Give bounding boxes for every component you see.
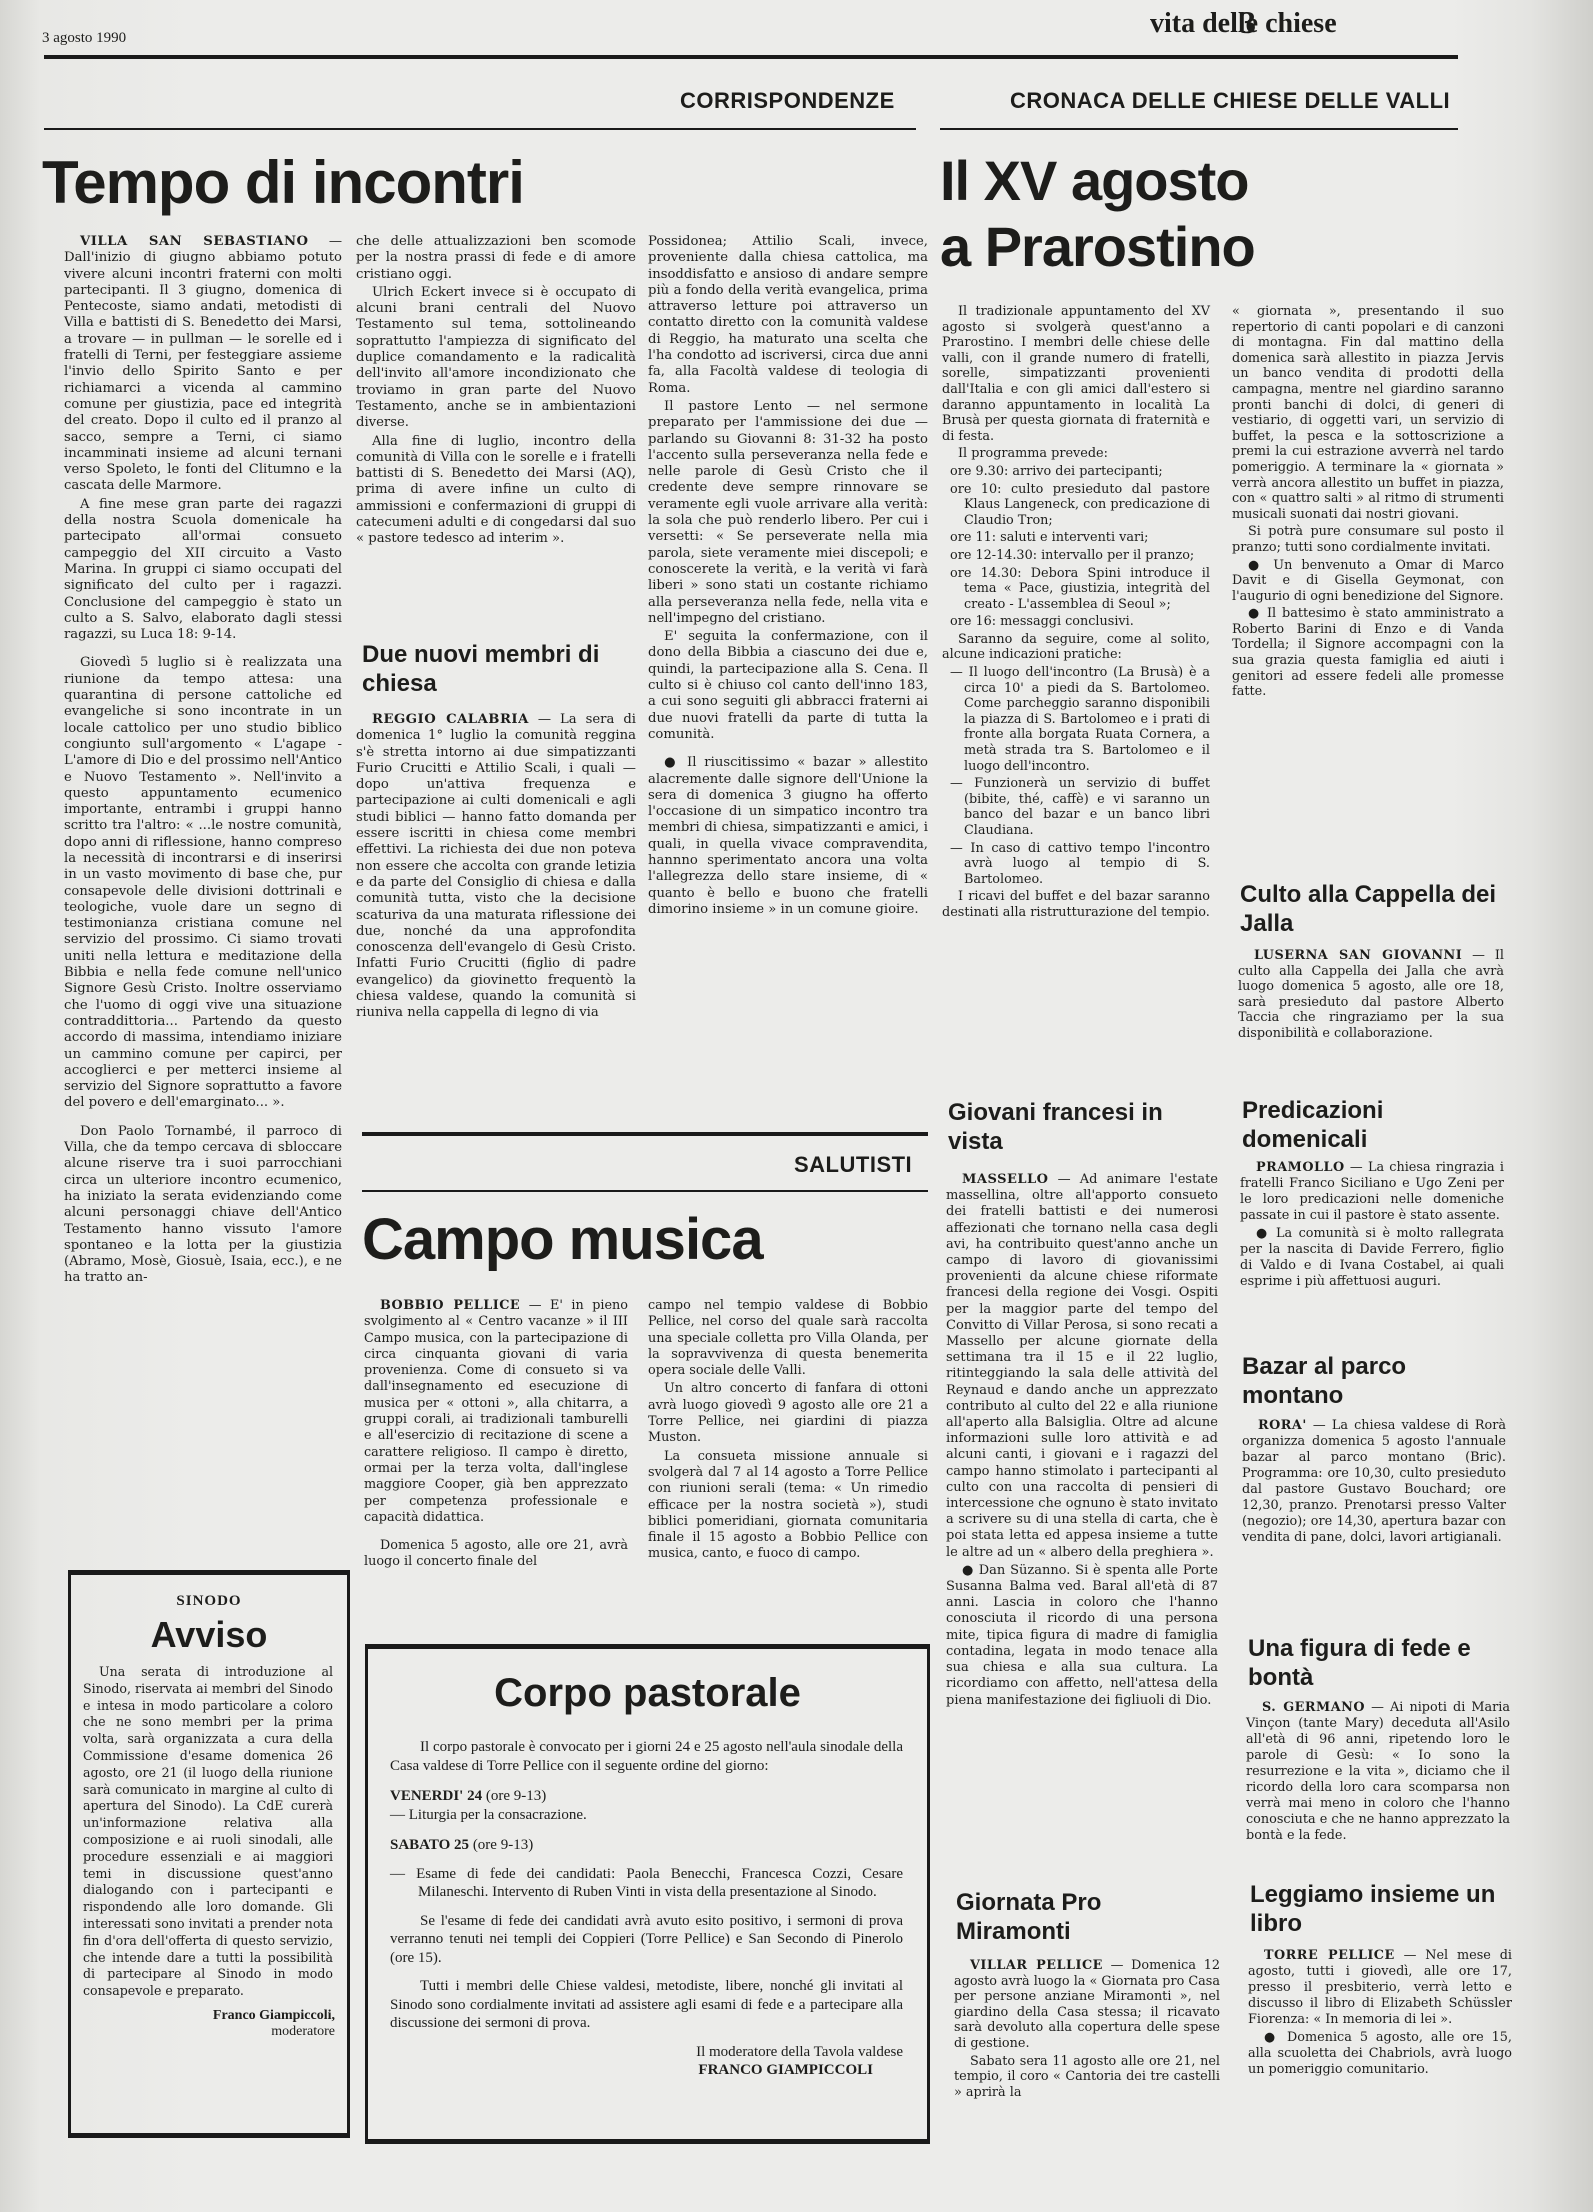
headline-predicazioni: Predicazioni domenicali bbox=[1242, 1096, 1502, 1155]
headline-tempo-di-incontri: Tempo di incontri bbox=[42, 150, 524, 216]
corpo-signature-role: Il moderatore della Tavola valdese bbox=[390, 2043, 903, 2062]
newspaper-page: 3 agosto 1990 vita delle chiese 3 CORRIS… bbox=[0, 0, 1593, 2212]
section-rule-right bbox=[940, 128, 1458, 130]
issue-date: 3 agosto 1990 bbox=[42, 30, 126, 47]
salutisti-rule-top bbox=[362, 1132, 928, 1136]
section-label-salutisti: SALUTISTI bbox=[794, 1152, 912, 1178]
article-bazar: RORA' — La chiesa valdese di Rorà organi… bbox=[1242, 1418, 1506, 1548]
article-campo-col1: BOBBIO PELLICE — E' in pieno svolgimento… bbox=[364, 1298, 628, 1573]
salutisti-rule-bottom bbox=[362, 1190, 928, 1192]
headline-giovani-francesi: Giovani francesi in vista bbox=[948, 1098, 1208, 1157]
article-xv-col2: « giornata », presentando il suo reperto… bbox=[1232, 304, 1504, 702]
corpo-title: Corpo pastorale bbox=[368, 1671, 927, 1716]
article-jalla: LUSERNA SAN GIOVANNI — Il culto alla Cap… bbox=[1238, 948, 1504, 1044]
avviso-signature-role: moderatore bbox=[71, 2024, 347, 2040]
corpo-pastorale-box: Corpo pastorale Il corpo pastorale è con… bbox=[365, 1644, 930, 2144]
article-due-nuovi-col2: Possidonea; Attilio Scali, invece, prove… bbox=[648, 234, 928, 920]
article-miramonti: VILLAR PELLICE — Domenica 12 agosto avrà… bbox=[954, 1958, 1220, 2102]
headline-miramonti: Giornata Pro Miramonti bbox=[956, 1888, 1196, 1947]
article-libro: TORRE PELLICE — Nel mese di agosto, tutt… bbox=[1248, 1948, 1512, 2080]
dateline: VILLA SAN SEBASTIANO bbox=[80, 234, 309, 249]
avviso-body: Una serata di introduzione al Sinodo, ri… bbox=[71, 1656, 347, 2000]
section-rule-left bbox=[44, 128, 916, 130]
corpo-body: Il corpo pastorale è convocato per i gio… bbox=[368, 1716, 927, 2080]
headline-culto-cappella: Culto alla Cappella dei Jalla bbox=[1240, 880, 1500, 939]
avviso-box: SINODO Avviso Una serata di introduzione… bbox=[68, 1570, 350, 2138]
section-label-corrispondenze: CORRISPONDENZE bbox=[680, 88, 895, 114]
headline-campo-musica: Campo musica bbox=[362, 1208, 763, 1272]
headline-una-figura: Una figura di fede e bontà bbox=[1248, 1634, 1508, 1693]
article-tempo-col1: VILLA SAN SEBASTIANO — Dall'inizio di gi… bbox=[64, 234, 342, 1289]
article-campo-col2: campo nel tempio valdese di Bobbio Pelli… bbox=[648, 1298, 928, 1565]
article-giovani: MASSELLO — Ad animare l'estate massellin… bbox=[946, 1172, 1218, 1711]
article-due-nuovi-col1: REGGIO CALABRIA — La sera di domenica 1°… bbox=[356, 712, 636, 1024]
article-tempo-col2: che delle attualizzazioni ben scomode pe… bbox=[356, 234, 636, 550]
avviso-signature-name: Franco Giampiccoli, bbox=[71, 2008, 347, 2024]
headline-bazar: Bazar al parco montano bbox=[1242, 1352, 1502, 1411]
article-figura: S. GERMANO — Ai nipoti di Maria Vinçon (… bbox=[1246, 1700, 1510, 1846]
headline-due-nuovi: Due nuovi membri di chiesa bbox=[362, 640, 622, 699]
headline-leggiamo: Leggiamo insieme un libro bbox=[1250, 1880, 1510, 1939]
avviso-title: Avviso bbox=[71, 1614, 347, 1656]
article-xv-col1: Il tradizionale appuntamento del XV agos… bbox=[942, 304, 1210, 923]
avviso-label: SINODO bbox=[71, 1593, 347, 1610]
corpo-signature-name: FRANCO GIAMPICCOLI bbox=[390, 2061, 903, 2080]
section-label-cronaca: CRONACA DELLE CHIESE DELLE VALLI bbox=[1010, 88, 1450, 114]
header-rule bbox=[44, 55, 1458, 59]
article-predicazioni: PRAMOLLO — La chiesa ringrazia i fratell… bbox=[1240, 1160, 1504, 1292]
page-number: 3 bbox=[1240, 4, 1256, 41]
headline-xv-agosto: Il XV agosto a Prarostino bbox=[940, 148, 1255, 280]
